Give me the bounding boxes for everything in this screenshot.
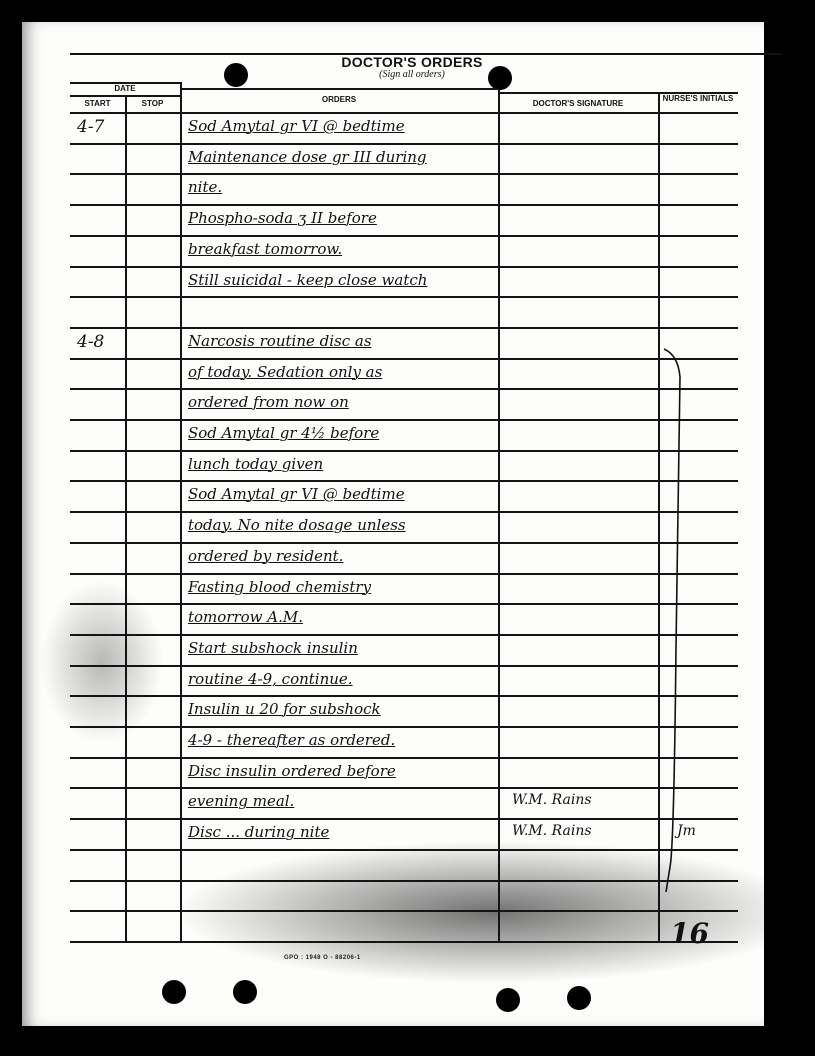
page-number: 16 xyxy=(670,917,709,950)
order-cell: breakfast tomorrow. xyxy=(188,240,342,258)
order-cell: evening meal. xyxy=(188,792,294,810)
header-doctor-signature: DOCTOR'S SIGNATURE xyxy=(498,99,658,108)
row-rule xyxy=(70,296,738,298)
bracket-mark xyxy=(662,347,692,947)
doctors-orders-page: DOCTOR'S ORDERS (Sign all orders) DATE S… xyxy=(22,22,764,1026)
row-rule xyxy=(70,695,738,697)
row-rule xyxy=(70,327,738,329)
order-cell: Start subshock insulin xyxy=(188,639,358,657)
binder-hole xyxy=(488,66,512,90)
order-cell: 4-9 - thereafter as ordered. xyxy=(188,731,395,749)
row-rule xyxy=(70,112,738,114)
header-nurse-initials: NURSE'S INITIALS xyxy=(658,94,738,103)
order-cell: Disc ... during nite xyxy=(188,823,329,841)
order-cell: lunch today given xyxy=(188,455,323,473)
row-rule xyxy=(70,787,738,789)
row-rule xyxy=(70,542,738,544)
row-rule xyxy=(70,266,738,268)
row-rule xyxy=(70,603,738,605)
scan-smudge xyxy=(182,842,802,982)
order-cell: routine 4-9, continue. xyxy=(188,670,353,688)
row-rule xyxy=(70,665,738,667)
form-title: DOCTOR'S ORDERS xyxy=(322,54,502,70)
column-rule xyxy=(125,95,127,941)
order-cell: Disc insulin ordered before xyxy=(188,762,396,780)
row-rule xyxy=(70,880,738,882)
order-cell: of today. Sedation only as xyxy=(188,363,382,381)
binder-hole xyxy=(162,980,186,1004)
binder-hole xyxy=(233,980,257,1004)
order-cell: Sod Amytal gr VI @ bedtime xyxy=(188,117,405,135)
row-rule xyxy=(70,235,738,237)
order-cell: ordered by resident. xyxy=(188,547,343,565)
order-cell: Phospho-soda ʒ II before xyxy=(188,209,377,227)
order-cell: Fasting blood chemistry xyxy=(188,578,371,596)
column-rule xyxy=(180,82,182,941)
column-rule xyxy=(498,90,500,941)
form-subtitle: (Sign all orders) xyxy=(322,69,502,80)
row-rule xyxy=(70,726,738,728)
binder-hole xyxy=(224,63,248,87)
row-rule xyxy=(70,757,738,759)
row-rule xyxy=(70,143,738,145)
start-date-cell: 4-7 xyxy=(77,117,104,137)
row-rule xyxy=(70,573,738,575)
order-cell: tomorrow A.M. xyxy=(188,608,303,626)
order-cell: ordered from now on xyxy=(188,393,349,411)
column-rule xyxy=(658,92,660,941)
header-orders: ORDERS xyxy=(180,95,498,104)
row-rule xyxy=(180,88,498,90)
row-rule xyxy=(70,388,738,390)
row-rule xyxy=(70,419,738,421)
row-rule xyxy=(70,910,738,912)
start-date-cell: 4-8 xyxy=(77,332,104,352)
footer-print-line: GPO : 1948 O - 88206-1 xyxy=(284,955,361,961)
row-rule xyxy=(70,634,738,636)
row-rule xyxy=(70,849,738,851)
header-start: START xyxy=(70,99,125,108)
row-rule xyxy=(70,204,738,206)
binder-hole xyxy=(567,986,591,1010)
order-cell: Sod Amytal gr VI @ bedtime xyxy=(188,485,405,503)
doctor-signature-cell: W.M. Rains xyxy=(512,823,592,839)
row-rule xyxy=(70,941,738,943)
order-cell: Narcosis routine disc as xyxy=(188,332,372,350)
row-rule xyxy=(70,818,738,820)
row-rule xyxy=(70,450,738,452)
header-date: DATE xyxy=(70,84,180,93)
order-cell: Maintenance dose gr III during xyxy=(188,148,427,166)
order-cell: nite. xyxy=(188,178,222,196)
order-cell: today. No nite dosage unless xyxy=(188,516,406,534)
order-cell: Insulin u 20 for subshock xyxy=(188,700,381,718)
row-rule xyxy=(70,480,738,482)
row-rule xyxy=(70,511,738,513)
order-cell: Still suicidal - keep close watch xyxy=(188,271,427,289)
order-cell: Sod Amytal gr 4½ before xyxy=(188,424,379,442)
header-stop: STOP xyxy=(125,99,180,108)
row-rule xyxy=(70,358,738,360)
scan-smudge xyxy=(42,582,162,742)
row-rule xyxy=(70,173,738,175)
binder-hole xyxy=(496,988,520,1012)
doctor-signature-cell: W.M. Rains xyxy=(512,792,592,808)
